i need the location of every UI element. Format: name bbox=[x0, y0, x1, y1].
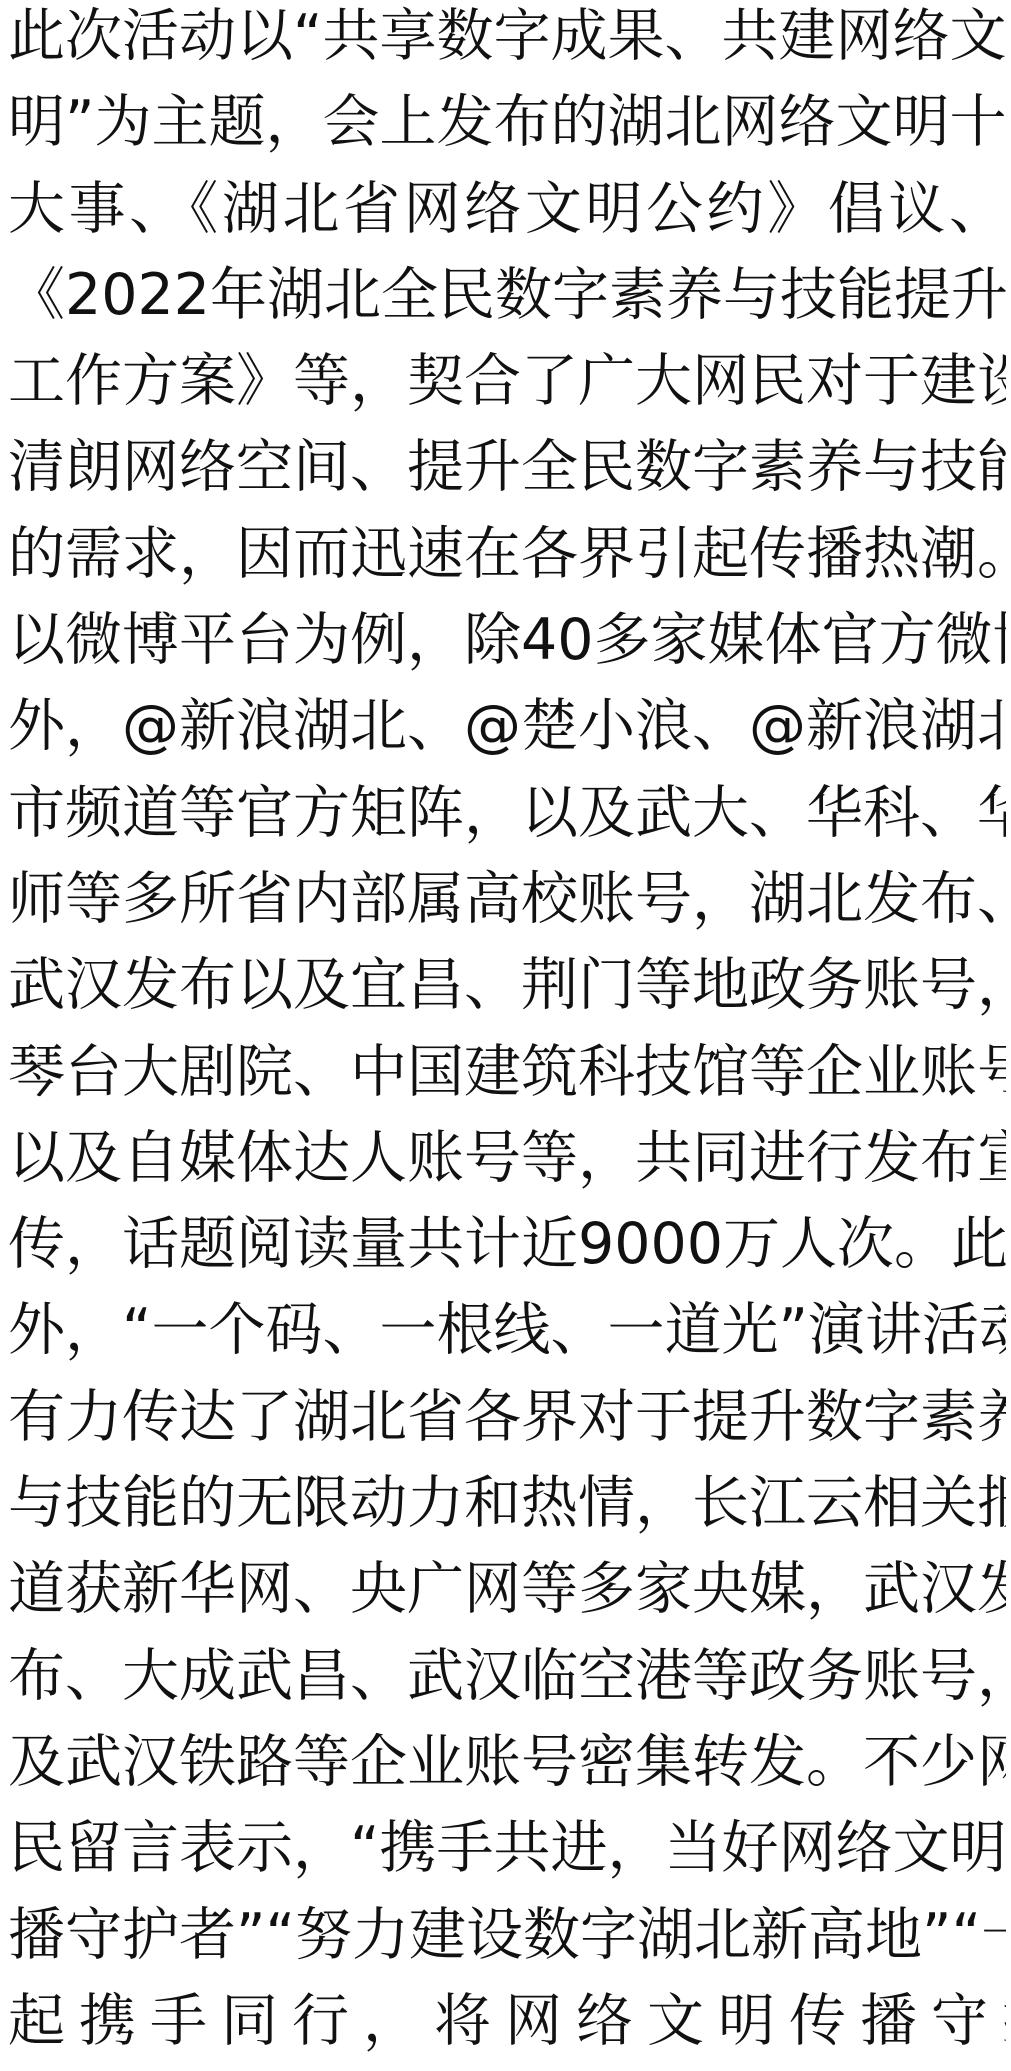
paragraph-line: 外，“一个码、一根线、一道光”演讲活动 bbox=[8, 1294, 1006, 1380]
paragraph-line: 外，@新浪湖北、@楚小浪、@新浪湖北城 bbox=[8, 690, 1006, 776]
paragraph-line: 以微博平台为例，除40多家媒体官方微博 bbox=[8, 604, 1006, 690]
paragraph-line: 起携手同行，将网络文明传播守护好”。 bbox=[8, 1985, 1006, 2071]
paragraph-line: 大事、《湖北省网络文明公约》倡议、 bbox=[8, 173, 1006, 259]
paragraph-line: 民留言表示，“携手共进，当好网络文明传 bbox=[8, 1812, 1006, 1898]
paragraph-line: 道获新华网、央广网等多家央媒，武汉发 bbox=[8, 1553, 1006, 1639]
paragraph-line: 有力传达了湖北省各界对于提升数字素养 bbox=[8, 1381, 1006, 1467]
paragraph-line: 明”为主题，会上发布的湖北网络文明十件 bbox=[8, 86, 1006, 172]
paragraph-line: 布、大成武昌、武汉临空港等政务账号， bbox=[8, 1640, 1006, 1726]
paragraph-line: 《2022年湖北全民数字素养与技能提升月 bbox=[8, 259, 1006, 345]
paragraph-line: 清朗网络空间、提升全民数字素养与技能 bbox=[8, 431, 1006, 517]
paragraph-line: 师等多所省内部属高校账号，湖北发布、 bbox=[8, 863, 1006, 949]
paragraph-line: 此次活动以“共享数字成果、共建网络文 bbox=[8, 0, 1006, 86]
paragraph-line: 与技能的无限动力和热情，长江云相关报 bbox=[8, 1467, 1006, 1553]
article-body: 此次活动以“共享数字成果、共建网络文 明”为主题，会上发布的湖北网络文明十件 大… bbox=[0, 0, 1011, 2071]
paragraph-line: 的需求，因而迅速在各界引起传播热潮。 bbox=[8, 518, 1006, 604]
paragraph-line: 工作方案》等，契合了广大网民对于建设 bbox=[8, 345, 1006, 431]
paragraph-line: 市频道等官方矩阵，以及武大、华科、华 bbox=[8, 777, 1006, 863]
paragraph-line: 琴台大剧院、中国建筑科技馆等企业账号 bbox=[8, 1036, 1006, 1122]
paragraph-line: 传，话题阅读量共计近9000万人次。此 bbox=[8, 1208, 1006, 1294]
paragraph-line: 及武汉铁路等企业账号密集转发。不少网 bbox=[8, 1726, 1006, 1812]
paragraph-line: 以及自媒体达人账号等，共同进行发布宣 bbox=[8, 1122, 1006, 1208]
paragraph-line: 武汉发布以及宜昌、荆门等地政务账号， bbox=[8, 949, 1006, 1035]
paragraph-line: 播守护者”“努力建设数字湖北新高地”“一 bbox=[8, 1899, 1006, 1985]
